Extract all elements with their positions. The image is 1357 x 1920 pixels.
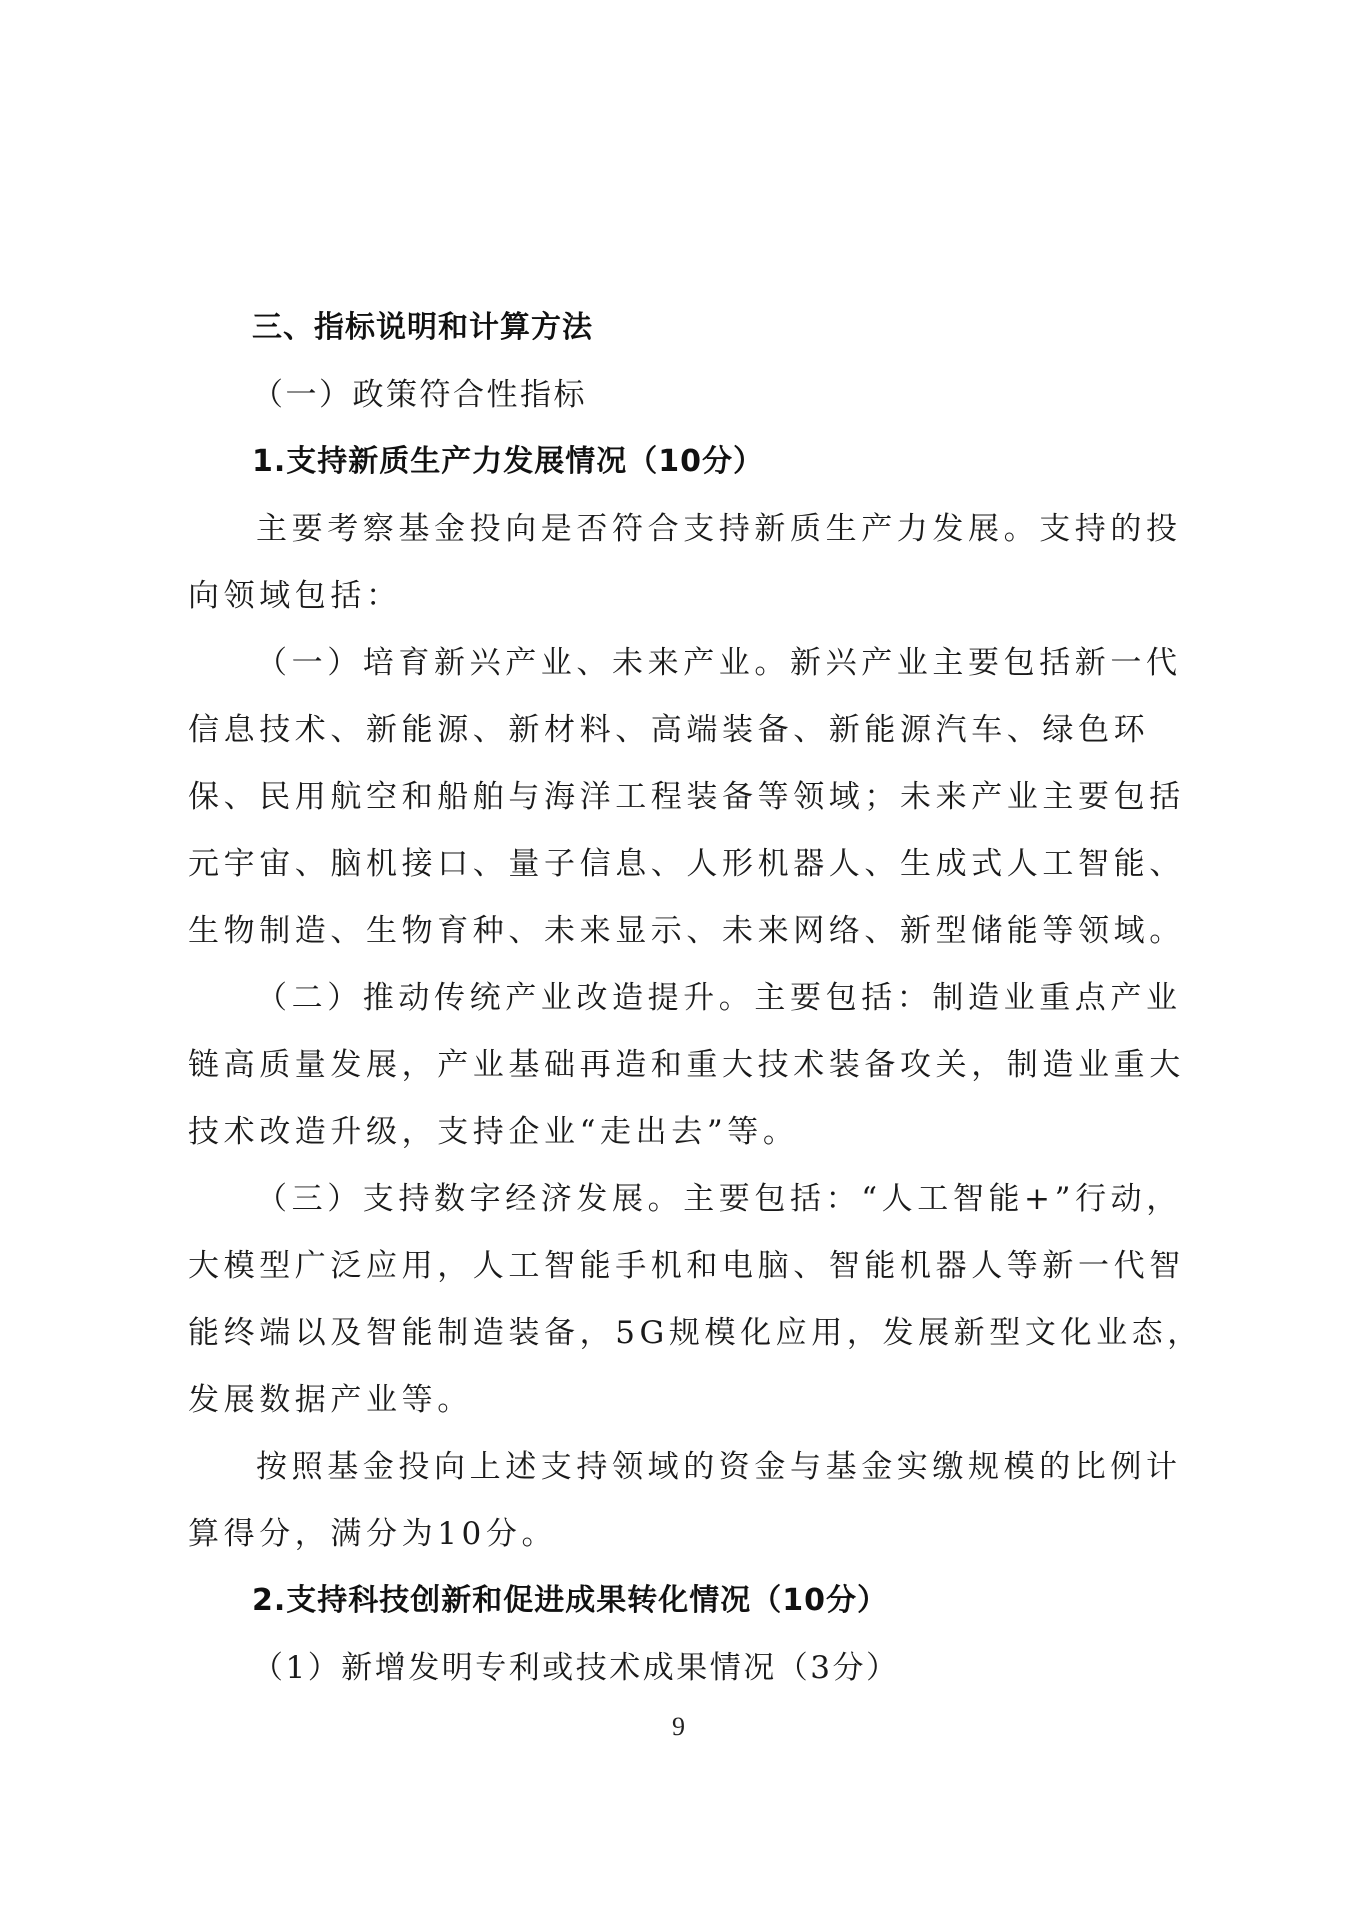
para2-line-3: 技术改造升级，支持企业“走出去”等。 — [188, 1112, 1172, 1152]
item2-sub1: （1）新增发明专利或技术成果情况（3分） — [252, 1648, 1236, 1688]
page-number: 9 — [0, 1712, 1357, 1742]
para1-line-2: 信息技术、新能源、新材料、高端装备、新能源汽车、绿色环 — [188, 710, 1172, 750]
para3-line-3: 能终端以及智能制造装备，5G规模化应用，发展新型文化业态， — [188, 1313, 1172, 1353]
item1-intro-line-2: 向领域包括： — [188, 576, 1172, 616]
para3-line-2: 大模型广泛应用，人工智能手机和电脑、智能机器人等新一代智 — [188, 1246, 1172, 1286]
para1-line-1: （一）培育新兴产业、未来产业。新兴产业主要包括新一代 — [256, 643, 1172, 683]
para1-line-4: 元宇宙、脑机接口、量子信息、人形机器人、生成式人工智能、 — [188, 844, 1172, 884]
para3-line-4: 发展数据产业等。 — [188, 1380, 1172, 1420]
para2-line-1: （二）推动传统产业改造提升。主要包括：制造业重点产业 — [256, 978, 1172, 1018]
item2-title: 2.支持科技创新和促进成果转化情况（10分） — [252, 1581, 1236, 1621]
document-page: 三、指标说明和计算方法 （一）政策符合性指标 1.支持新质生产力发展情况（10分… — [0, 0, 1357, 1920]
scoring-line-2: 算得分，满分为10分。 — [188, 1514, 1172, 1554]
scoring-line-1: 按照基金投向上述支持领域的资金与基金实缴规模的比例计 — [256, 1447, 1172, 1487]
subsection-title: （一）政策符合性指标 — [252, 375, 1236, 415]
para1-line-3: 保、民用航空和船舶与海洋工程装备等领域；未来产业主要包括 — [188, 777, 1172, 817]
section-title: 三、指标说明和计算方法 — [252, 308, 1236, 348]
item1-title: 1.支持新质生产力发展情况（10分） — [252, 442, 1236, 482]
para2-line-2: 链高质量发展，产业基础再造和重大技术装备攻关，制造业重大 — [188, 1045, 1172, 1085]
para3-line-1: （三）支持数字经济发展。主要包括：“人工智能+”行动， — [256, 1179, 1172, 1219]
para1-line-5: 生物制造、生物育种、未来显示、未来网络、新型储能等领域。 — [188, 911, 1172, 951]
item1-intro-line-1: 主要考察基金投向是否符合支持新质生产力发展。支持的投 — [256, 509, 1172, 549]
